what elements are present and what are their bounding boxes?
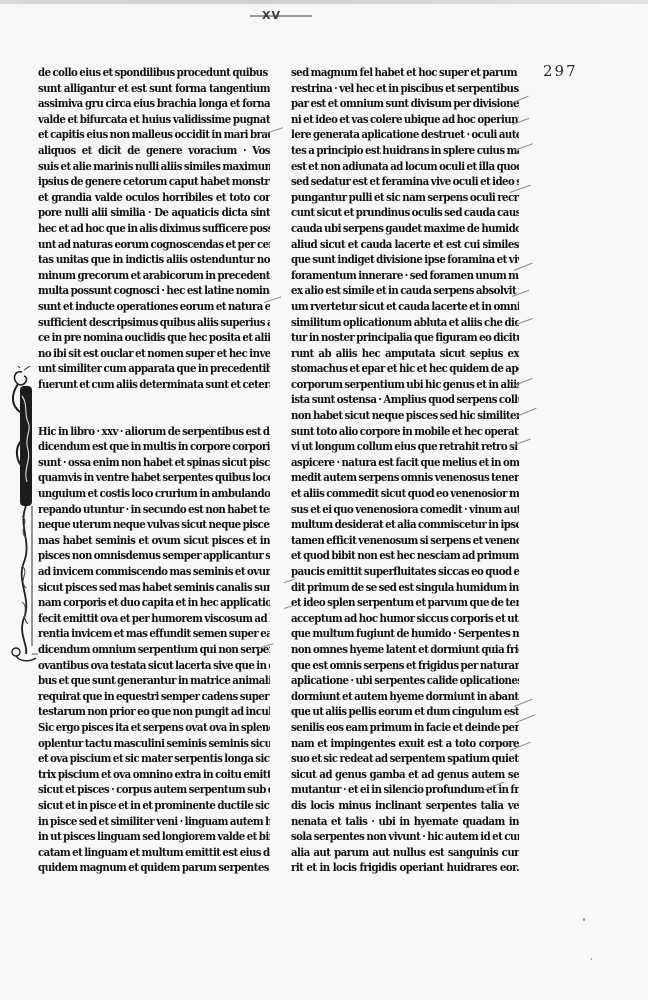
- section-gap: [38, 393, 270, 409]
- text-line: um rvertetur sicut et cauda lacerte et i…: [291, 299, 519, 316]
- text-line: alia aut parum aut nullus est sanguinis …: [291, 845, 519, 862]
- text-line: Hic in libro · xxv · aliorum de serpenti…: [38, 424, 270, 441]
- text-line: repando utuntur · in secundo est non hab…: [38, 502, 270, 519]
- text-line: dis locis minus inclinant serpentes tali…: [291, 798, 519, 815]
- text-line: vi ut longum collum eius que retrahit re…: [291, 440, 519, 457]
- running-head-flourish: [250, 15, 312, 17]
- left-column-block-2: Hic in libro · xxv · aliorum de serpenti…: [38, 425, 270, 877]
- text-line: non omnes hyeme latent et dormiunt quia …: [291, 642, 519, 659]
- text-line: ovantibus ova testata sicut lacerta sive…: [38, 658, 270, 675]
- text-line: testarum non prior eo que non pungit ad …: [38, 705, 270, 722]
- text-line: multa possunt cognosci · hec est latine …: [38, 284, 270, 301]
- text-line: sola serpentes non vivunt · hic autem id…: [291, 829, 519, 846]
- text-line: senilis eos eam primum in facie et deind…: [291, 720, 519, 737]
- text-line: in ut pisces linguam sed longiorem valde…: [38, 829, 270, 846]
- text-line: tas unitas que in indictis aliis ostendu…: [38, 253, 270, 270]
- text-line: par est et omnium sunt divisum per divis…: [291, 97, 519, 114]
- text-line: oplentur tactu masculini seminis seminis…: [38, 736, 270, 753]
- text-line: et quod bibit non est hec nesciam ad pri…: [291, 549, 519, 566]
- text-line: que sunt indiget divisione ipse foramina…: [291, 253, 519, 270]
- text-line: unt similiter cum apparata que in preced…: [38, 362, 270, 379]
- text-line: in pisce sed et similiter veni · linguam…: [38, 814, 270, 831]
- text-line: sicut et in pisce et in et prominente du…: [38, 798, 270, 815]
- text-line: que est omnis serpens et frigidus per na…: [291, 658, 519, 675]
- text-line: quamvis in ventre habet serpentes quibus…: [38, 471, 270, 488]
- text-line: paucis emittit superfluitates siccas eo …: [291, 564, 519, 581]
- text-line: hec et ad hoc que in alis diximus suffic…: [38, 221, 270, 238]
- text-line: fuerunt et cum aliis determinata sunt et…: [38, 377, 270, 394]
- text-line: nam et impingentes exuit est a toto corp…: [291, 736, 519, 753]
- text-line: aliud sicut et cauda lacerte et est cui …: [291, 237, 519, 254]
- text-line: sus et ei quo venenosiora comedit · vinu…: [291, 502, 519, 519]
- text-line: dit primum de se sed est singula humidum…: [291, 580, 519, 597]
- text-line: restrina · vel hec et in piscibus et ser…: [291, 81, 519, 98]
- page-top-edge: [0, 0, 648, 4]
- text-line: multum desiderat et alia commiscetur in …: [291, 518, 519, 535]
- text-line: similitum oplicationum abluta et aliis c…: [291, 315, 519, 332]
- text-line: runt ab aliis hec amputata sicut sepius …: [291, 346, 519, 363]
- text-line: et capitis eius non malleus occidit in m…: [38, 128, 270, 145]
- text-line: rentia invicem et mas effundit semen sup…: [38, 627, 270, 644]
- text-line: non habet sicut neque pisces sed hic sim…: [291, 408, 519, 425]
- right-column-text: sed magnum fel habet et hoc super et par…: [291, 66, 519, 877]
- text-line: unguium et costis loco crurium in ambula…: [38, 486, 270, 503]
- text-line: mutantur · et ei in silencio profundum e…: [291, 783, 519, 800]
- text-line: stomachus et epar et hic et hec quidem d…: [291, 362, 519, 379]
- text-line: que multum fugiunt de humido · Serpentes…: [291, 627, 519, 644]
- text-line: dicendum est que in multis in corpore co…: [38, 440, 270, 457]
- text-line: quidem magnum et quidem parum serpentes …: [38, 861, 270, 878]
- text-line: Sic ergo pisces ita et serpens ovat ova …: [38, 720, 270, 737]
- text-line: pore nulli alii similia · De aquaticis d…: [38, 206, 270, 223]
- text-line: neque uterum neque vulvas sicut neque pi…: [38, 518, 270, 535]
- text-line: ista sunt ostensa · Amplius quod serpens…: [291, 393, 519, 410]
- text-line: bus et que sunt generantur in matrice an…: [38, 674, 270, 691]
- text-line: aplicatione · ubi serpentes calide oplic…: [291, 674, 519, 691]
- text-line: cunt sicut et prundinus oculis sed cauda…: [291, 206, 519, 223]
- parchment-speck: [591, 958, 592, 960]
- text-line: sunt alligantur et est sunt forma tangen…: [38, 81, 270, 98]
- text-line: dicendum omnium serpentium qui non serpe…: [38, 642, 270, 659]
- text-line: tes a principio est huidrans in splere c…: [291, 143, 519, 160]
- text-line: nam corporis et duo capita et in hec app…: [38, 596, 270, 613]
- parchment-speck: [583, 918, 585, 921]
- text-line: nenata et talis · ubi in hyemate quadam …: [291, 814, 519, 831]
- text-line: est et non adiunata ad locum oculi et il…: [291, 159, 519, 176]
- decorated-initial-icon: [8, 366, 38, 666]
- text-line: assimiva gru circa eius brachia longa et…: [38, 97, 270, 114]
- manuscript-page: XV 297 de collo eius et spondilibus proc…: [0, 0, 648, 1000]
- left-column-block-1: de collo eius et spondilibus procedunt q…: [38, 66, 270, 393]
- text-line: lere generata aplicatione destruet · ocu…: [291, 128, 519, 145]
- text-line: unt ad naturas eorum cognoscendas et per…: [38, 237, 270, 254]
- text-line: sed sedatur est et feramina vive oculi e…: [291, 175, 519, 192]
- text-line: sicut et pisces · corpus autem serpentum…: [38, 783, 270, 800]
- text-line: pisces non omnisdemus semper applicantur…: [38, 549, 270, 566]
- text-line: suo et sic redeat ad serpentem spatium q…: [291, 752, 519, 769]
- right-column: sed magnum fel habet et hoc super et par…: [291, 66, 519, 877]
- section-gap: [38, 409, 270, 425]
- text-line: et ova piscium et sic mater serpentis lo…: [38, 752, 270, 769]
- text-line: aliquos et dicit de genere voracium · Vo…: [38, 143, 270, 160]
- text-line: rit et in locis frigidis operiant huidra…: [291, 861, 519, 878]
- text-line: sicut pisces sed mas habet seminis canal…: [38, 580, 270, 597]
- text-line: tur in noster principalia que figuram eo…: [291, 330, 519, 347]
- text-line: ad invicem commiscendo mas seminis et ov…: [38, 564, 270, 581]
- text-line: sunt et inducte operationes eorum et nat…: [38, 299, 270, 316]
- running-head-text: XV: [262, 10, 281, 22]
- text-line: ipsius de genere cetorum caput habet mon…: [38, 175, 270, 192]
- text-line: suis et alie marinis nulli aliis similes…: [38, 159, 270, 176]
- text-line: ce in pre nomina ouclidis que hec posita…: [38, 330, 270, 347]
- text-line: ex alio est simile et in cauda serpens a…: [291, 284, 519, 301]
- running-head: XV: [250, 10, 310, 22]
- text-line: que ut aliis pellis eorum et dum cingulu…: [291, 705, 519, 722]
- left-column: de collo eius et spondilibus procedunt q…: [38, 66, 270, 877]
- text-line: catam et linguam et multum emittit est e…: [38, 845, 270, 862]
- text-line: sed magnum fel habet et hoc super et par…: [291, 65, 519, 82]
- folio-number: 297: [543, 62, 578, 80]
- text-line: no ibi sit est ouclar et nomen super et …: [38, 346, 270, 363]
- text-line: sufficient descripsimus quibus aliis sup…: [38, 315, 270, 332]
- text-line: et ideo splen serpentum et parvum que de…: [291, 596, 519, 613]
- text-line: sunt toto alio corpore in mobile et hec …: [291, 424, 519, 441]
- text-line: cauda ubi serpens gaudet maxime de humid…: [291, 221, 519, 238]
- text-line: de collo eius et spondilibus procedunt q…: [38, 65, 270, 82]
- text-line: et aliis commedit sicut quod eo venenosi…: [291, 486, 519, 503]
- text-line: medit autem serpens omnis venenosus tene…: [291, 471, 519, 488]
